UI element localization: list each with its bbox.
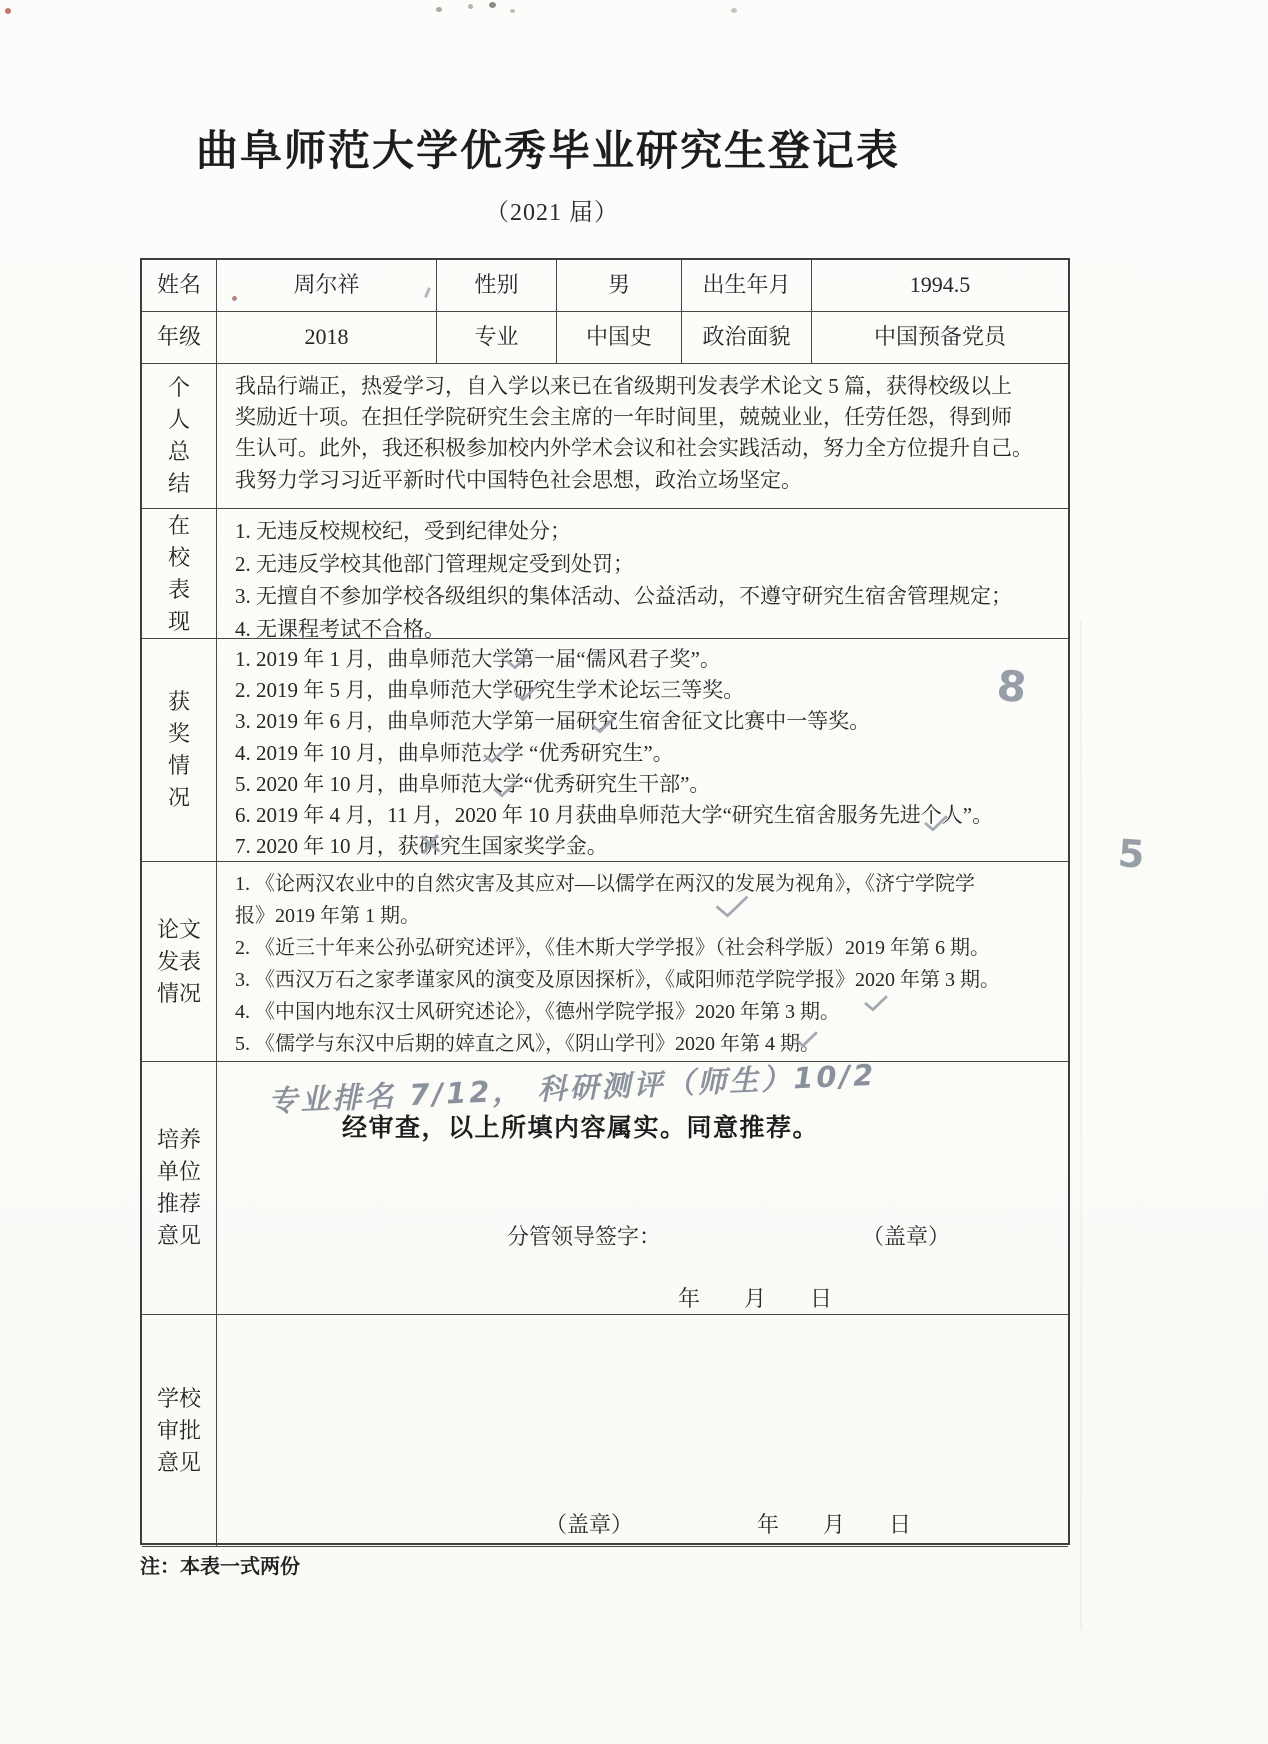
section-label: 个 人 总 结 <box>142 364 217 508</box>
politics-label: 政治面貌 <box>682 312 812 363</box>
section-label-text: 在 校 表 现 <box>168 510 190 638</box>
date-label: 年 月 日 <box>678 1282 832 1313</box>
text-line: 3. 2019 年 6 月，曲阜师范大学第一届研究生宿舍征文比赛中一等奖。 <box>235 706 1064 737</box>
birth-label: 出生年月 <box>682 260 812 311</box>
section-content: 1. 2019 年 1 月，曲阜师范大学第一届“儒风君子奖”。 2. 2019 … <box>217 639 1068 861</box>
text-line: 4. 《中国内地东汉士风研究述论》，《德州学院学报》2020 年第 3 期。 <box>235 996 1064 1028</box>
text-line: 1. 《论两汉农业中的自然灾害及其应对—以儒学在两汉的发展为视角》，《济宁学院学 <box>235 868 1064 900</box>
grade-label: 年级 <box>142 312 217 363</box>
section-label: 论文 发表 情况 <box>142 862 217 1061</box>
name-label: 姓名 <box>142 260 217 311</box>
table-row: 年级 2018 专业 中国史 政治面貌 中国预备党员 <box>142 312 1068 364</box>
section-personal-summary: 个 人 总 结 我品行端正，热爱学习，自入学以来已在省级期刊发表学术论文 5 篇… <box>142 364 1068 509</box>
text-line: 2. 无违反学校其他部门管理规定受到处罚； <box>235 548 1064 581</box>
text-line: 5. 2020 年 10 月，曲阜师范大学“优秀研究生干部”。 <box>235 769 1064 800</box>
text-line: 7. 2020 年 10 月，获研究生国家奖学金。 <box>235 831 1064 862</box>
major-value: 中国史 <box>557 312 682 363</box>
scan-artifact <box>436 7 442 12</box>
leader-signature-label: 分管领导签字： <box>507 1220 661 1251</box>
gender-label: 性别 <box>437 260 557 311</box>
seal-label: （盖章） <box>545 1508 633 1539</box>
gender-value: 男 <box>557 260 682 311</box>
text-line: 2. 2019 年 5 月，曲阜师范大学研究生学术论坛三等奖。 <box>235 675 1064 706</box>
date-label: 年 月 日 <box>757 1508 911 1539</box>
section-label-text: 论文 发表 情况 <box>157 914 201 1010</box>
section-label: 在 校 表 现 <box>142 509 217 638</box>
seal-label: （盖章） <box>862 1220 950 1251</box>
text-line: 报》2019 年第 1 期。 <box>235 900 1064 932</box>
pencil-cross-mark <box>420 834 440 854</box>
politics-value: 中国预备党员 <box>812 312 1068 363</box>
text-line: 我努力学习习近平新时代中国特色社会思想，政治立场坚定。 <box>235 465 1064 496</box>
text-line: 5. 《儒学与东汉中后期的婞直之风》，《阴山学刊》2020 年第 4 期。 <box>235 1028 1064 1060</box>
scan-artifact <box>5 8 11 14</box>
scanned-form-page: 曲阜师范大学优秀毕业研究生登记表 （2021 届） 姓名 周尔祥 性别 男 出生… <box>0 0 1268 1744</box>
section-label: 培养 单位 推荐 意见 <box>142 1062 217 1314</box>
handwritten-number: 8 <box>995 661 1029 713</box>
grade-value: 2018 <box>217 312 437 363</box>
scan-artifact <box>1080 620 1082 1630</box>
section-content: 我品行端正，热爱学习，自入学以来已在省级期刊发表学术论文 5 篇，获得校级以上 … <box>217 364 1068 508</box>
handwritten-number: 5 <box>1116 831 1145 877</box>
name-value: 周尔祥 <box>217 260 437 311</box>
section-label-text: 培养 单位 推荐 意见 <box>157 1124 201 1252</box>
section-school-conduct: 在 校 表 现 1. 无违反校规校纪，受到纪律处分； 2. 无违反学校其他部门管… <box>142 509 1068 639</box>
section-label: 学校 审批 意见 <box>142 1315 217 1546</box>
text-line: 3. 无擅自不参加学校各级组织的集体活动、公益活动，不遵守研究生宿舍管理规定； <box>235 580 1064 613</box>
section-label: 获 奖 情 况 <box>142 639 217 861</box>
scan-artifact <box>510 9 515 13</box>
page-title: 曲阜师范大学优秀毕业研究生登记表 <box>0 118 1096 178</box>
section-content: 1. 《论两汉农业中的自然灾害及其应对—以儒学在两汉的发展为视角》，《济宁学院学… <box>217 862 1068 1061</box>
text-line: 2. 《近三十年来公孙弘研究述评》，《佳木斯大学学报》（社会科学版）2019 年… <box>235 932 1064 964</box>
registration-form-table: 姓名 周尔祥 性别 男 出生年月 1994.5 年级 2018 专业 中国史 政… <box>140 258 1070 1545</box>
birth-value: 1994.5 <box>812 260 1068 311</box>
section-content: 1. 无违反校规校纪，受到纪律处分； 2. 无违反学校其他部门管理规定受到处罚；… <box>217 509 1068 638</box>
text-line: 1. 2019 年 1 月，曲阜师范大学第一届“儒风君子奖”。 <box>235 644 1064 675</box>
section-label-text: 学校 审批 意见 <box>157 1383 201 1479</box>
section-label-text: 个 人 总 结 <box>168 372 190 500</box>
text-line: 生认可。此外，我还积极参加校内外学术会议和社会实践活动，努力全方位提升自己。 <box>235 433 1064 464</box>
section-papers: 论文 发表 情况 1. 《论两汉农业中的自然灾害及其应对—以儒学在两汉的发展为视… <box>142 862 1068 1062</box>
scan-artifact <box>489 2 496 8</box>
text-line: 3. 《西汉万石之家孝谨家风的演变及原因探析》，《咸阳师范学院学报》2020 年… <box>235 964 1064 996</box>
form-footnote: 注：本表一式两份 <box>140 1550 300 1579</box>
scan-artifact <box>731 8 737 13</box>
text-line: 4. 2019 年 10 月，曲阜师范大学 “优秀研究生”。 <box>235 738 1064 769</box>
scan-artifact <box>468 4 473 9</box>
text-line: 奖励近十项。在担任学院研究生会主席的一年时间里，兢兢业业，任劳任怨，得到师 <box>235 402 1064 433</box>
text-line: 1. 无违反校规校纪，受到纪律处分； <box>235 515 1064 548</box>
page-subtitle: （2021 届） <box>0 192 1104 227</box>
table-row: 姓名 周尔祥 性别 男 出生年月 1994.5 <box>142 260 1068 312</box>
text-line: 我品行端正，热爱学习，自入学以来已在省级期刊发表学术论文 5 篇，获得校级以上 <box>235 371 1064 402</box>
major-label: 专业 <box>437 312 557 363</box>
section-content <box>217 1315 1068 1546</box>
section-label-text: 获 奖 情 况 <box>168 686 190 814</box>
